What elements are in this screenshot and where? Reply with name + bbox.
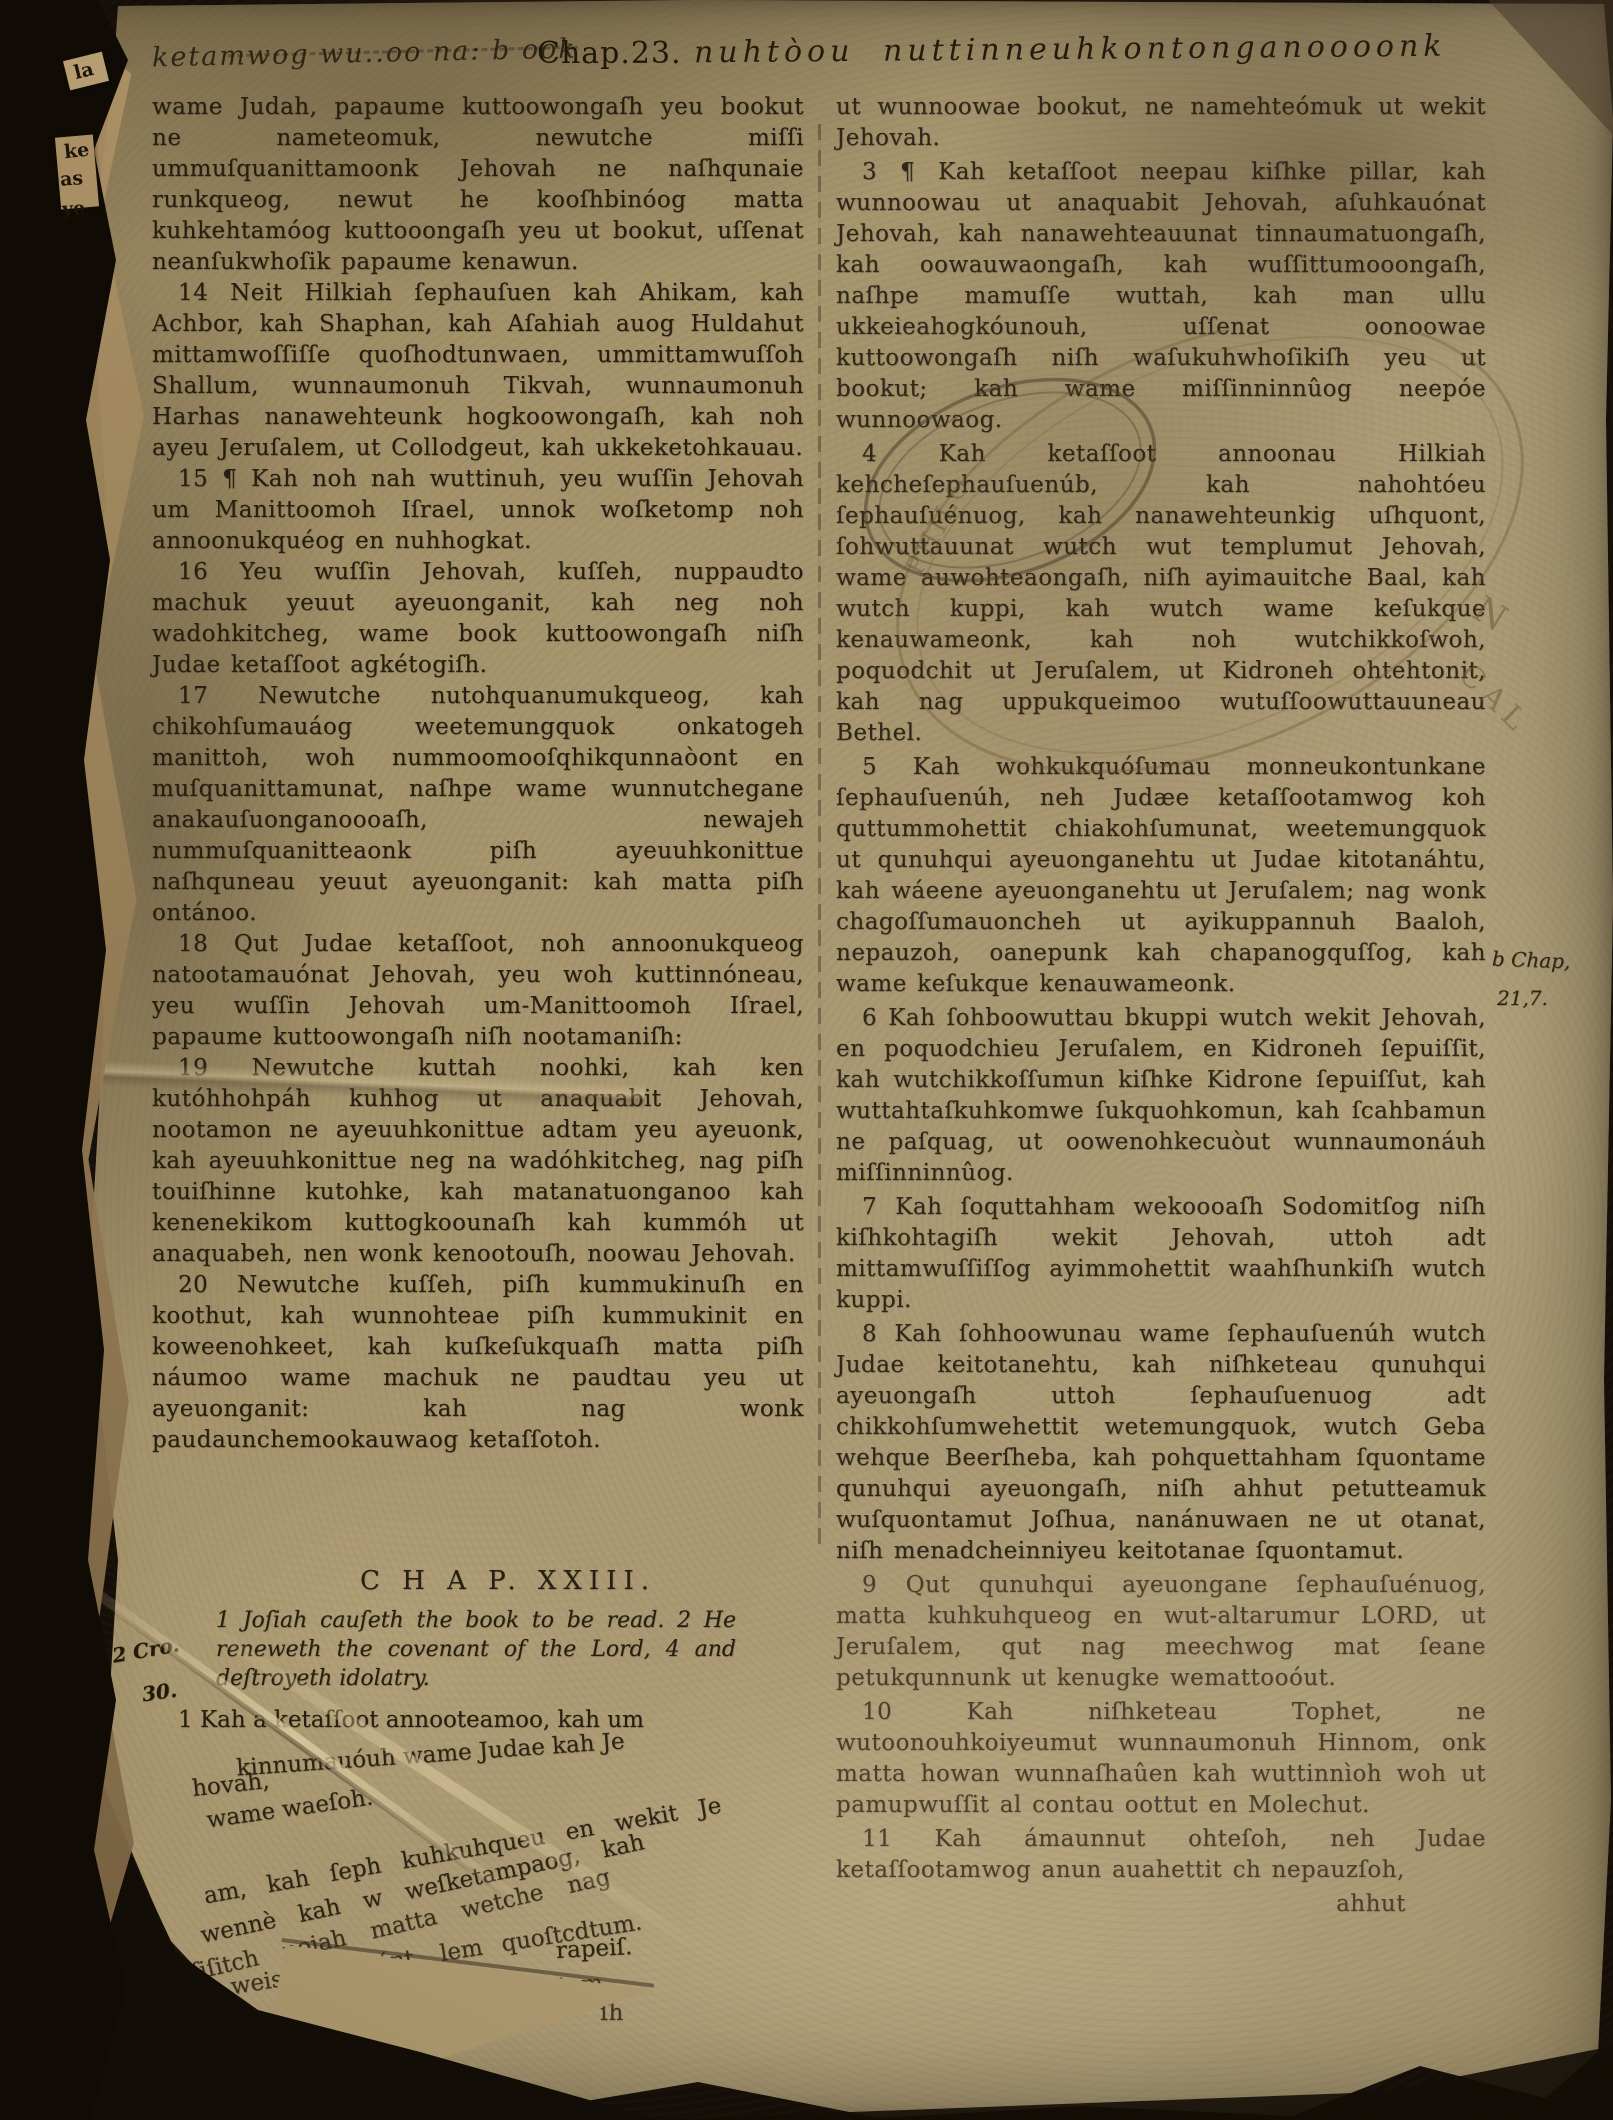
summary-line: deſtroyeth idolatry.: [216, 1664, 736, 1693]
verse-paragraph: 4 Kah ketaſſoot annoonau Hilkiah kehcheſ…: [836, 439, 1486, 749]
summary-line: reneweth the covenant of the Lord, 4 and: [216, 1635, 736, 1664]
verse-paragraph: 1 Kah a ketaſſoot annooteamoo, kah um: [152, 1705, 804, 1735]
verse-paragraph: 17 Newutche nutohquanumukqueog, kah chik…: [152, 681, 804, 929]
margin-note-reference: b Chap,: [1492, 947, 1571, 974]
verse-paragraph: 5 Kah wohkukquóſumau monneukontunkane ſe…: [836, 752, 1486, 1000]
crumpled-text-fragment: ure: [147, 1976, 193, 2007]
edge-letter-fragment: ye: [61, 197, 86, 221]
chapter-heading: C H A P. XXIII.: [212, 1566, 804, 1596]
column-divider-rule: [818, 124, 821, 1544]
left-column: wame Judah, papaume kuttoowongaſh yeu bo…: [152, 92, 804, 1456]
verse-paragraph: 18 Qut Judae ketaſſoot, noh annoonukqueo…: [152, 929, 804, 1053]
verse-paragraph: 3 ¶ Kah ketaſſoot neepau kiſhke pillar, …: [836, 157, 1486, 436]
verse-paragraph: 11 Kah ámaunnut ohteſoh, neh Judae ketaſ…: [836, 1824, 1486, 1886]
verse-paragraph: ut wunnoowae bookut, ne namehteómuk ut w…: [836, 92, 1486, 154]
running-head-right: nuhtòou nuttinneuhkontonganoooonk: [694, 29, 1447, 71]
verse-paragraph: 6 Kah ſohboowuttau bkuppi wutch wekit Je…: [836, 1003, 1486, 1189]
verse-paragraph: 14 Neit Hilkiah ſephauſuen kah Ahikam, k…: [152, 278, 804, 464]
catchword: ahhut: [836, 1889, 1486, 1920]
verse-paragraph: 19 Newutche kuttah noohki, kah ken kutóh…: [152, 1053, 804, 1270]
crumpled-text-fragment: tam: [557, 1970, 603, 1999]
verse-paragraph: wame Judah, papaume kuttoowongaſh yeu bo…: [152, 92, 804, 278]
verse-paragraph: 7 Kah ſoquttahham wekoooaſh Sodomitſog n…: [836, 1192, 1486, 1316]
verse-paragraph: 15 ¶ Kah noh nah wuttinuh, yeu wuſſin Je…: [152, 464, 804, 557]
chapter-summary: 1 Joſiah cauſeth the book to be read. 2 …: [216, 1606, 736, 1693]
right-column: ut wunnoowae bookut, ne namehteómuk ut w…: [836, 92, 1486, 1923]
verse-paragraph: 16 Yeu wuſſin Jehovah, kuſſeh, nuppaudto…: [152, 557, 804, 681]
crumpled-text-fragment: rapeiſ.: [555, 1934, 632, 1964]
running-head-chapter: Chap.23.: [537, 36, 682, 71]
verse-paragraph: 8 Kah ſohhoowunau wame ſephauſuenúh wutc…: [836, 1319, 1486, 1567]
edge-letter-fragment: ke: [63, 139, 90, 164]
margin-note-reference: 21,7.: [1497, 986, 1548, 1010]
crumpled-text-fragment: ſh: [600, 2000, 623, 2026]
verse-paragraph: 9 Qut qunuhqui ayeuongane ſephauſuénuog,…: [836, 1570, 1486, 1694]
margin-note-reference: 30.: [140, 1678, 178, 1707]
verse-paragraph: 10 Kah niſhketeau Tophet, ne wutoonouhko…: [836, 1697, 1486, 1821]
edge-letter-fragment: as: [59, 167, 83, 191]
summary-line: 1 Joſiah cauſeth the book to be read. 2 …: [216, 1606, 736, 1635]
chapter-23-section: C H A P. XXIII. 1 Joſiah cauſeth the boo…: [152, 1566, 804, 1735]
scanned-book-page: ketamwog wu..oo na: b ook Chap.23. nuhtò…: [0, 0, 1613, 2120]
verse-paragraph: 20 Newutche kuſſeh, piſh kummukinuſh en …: [152, 1270, 804, 1456]
